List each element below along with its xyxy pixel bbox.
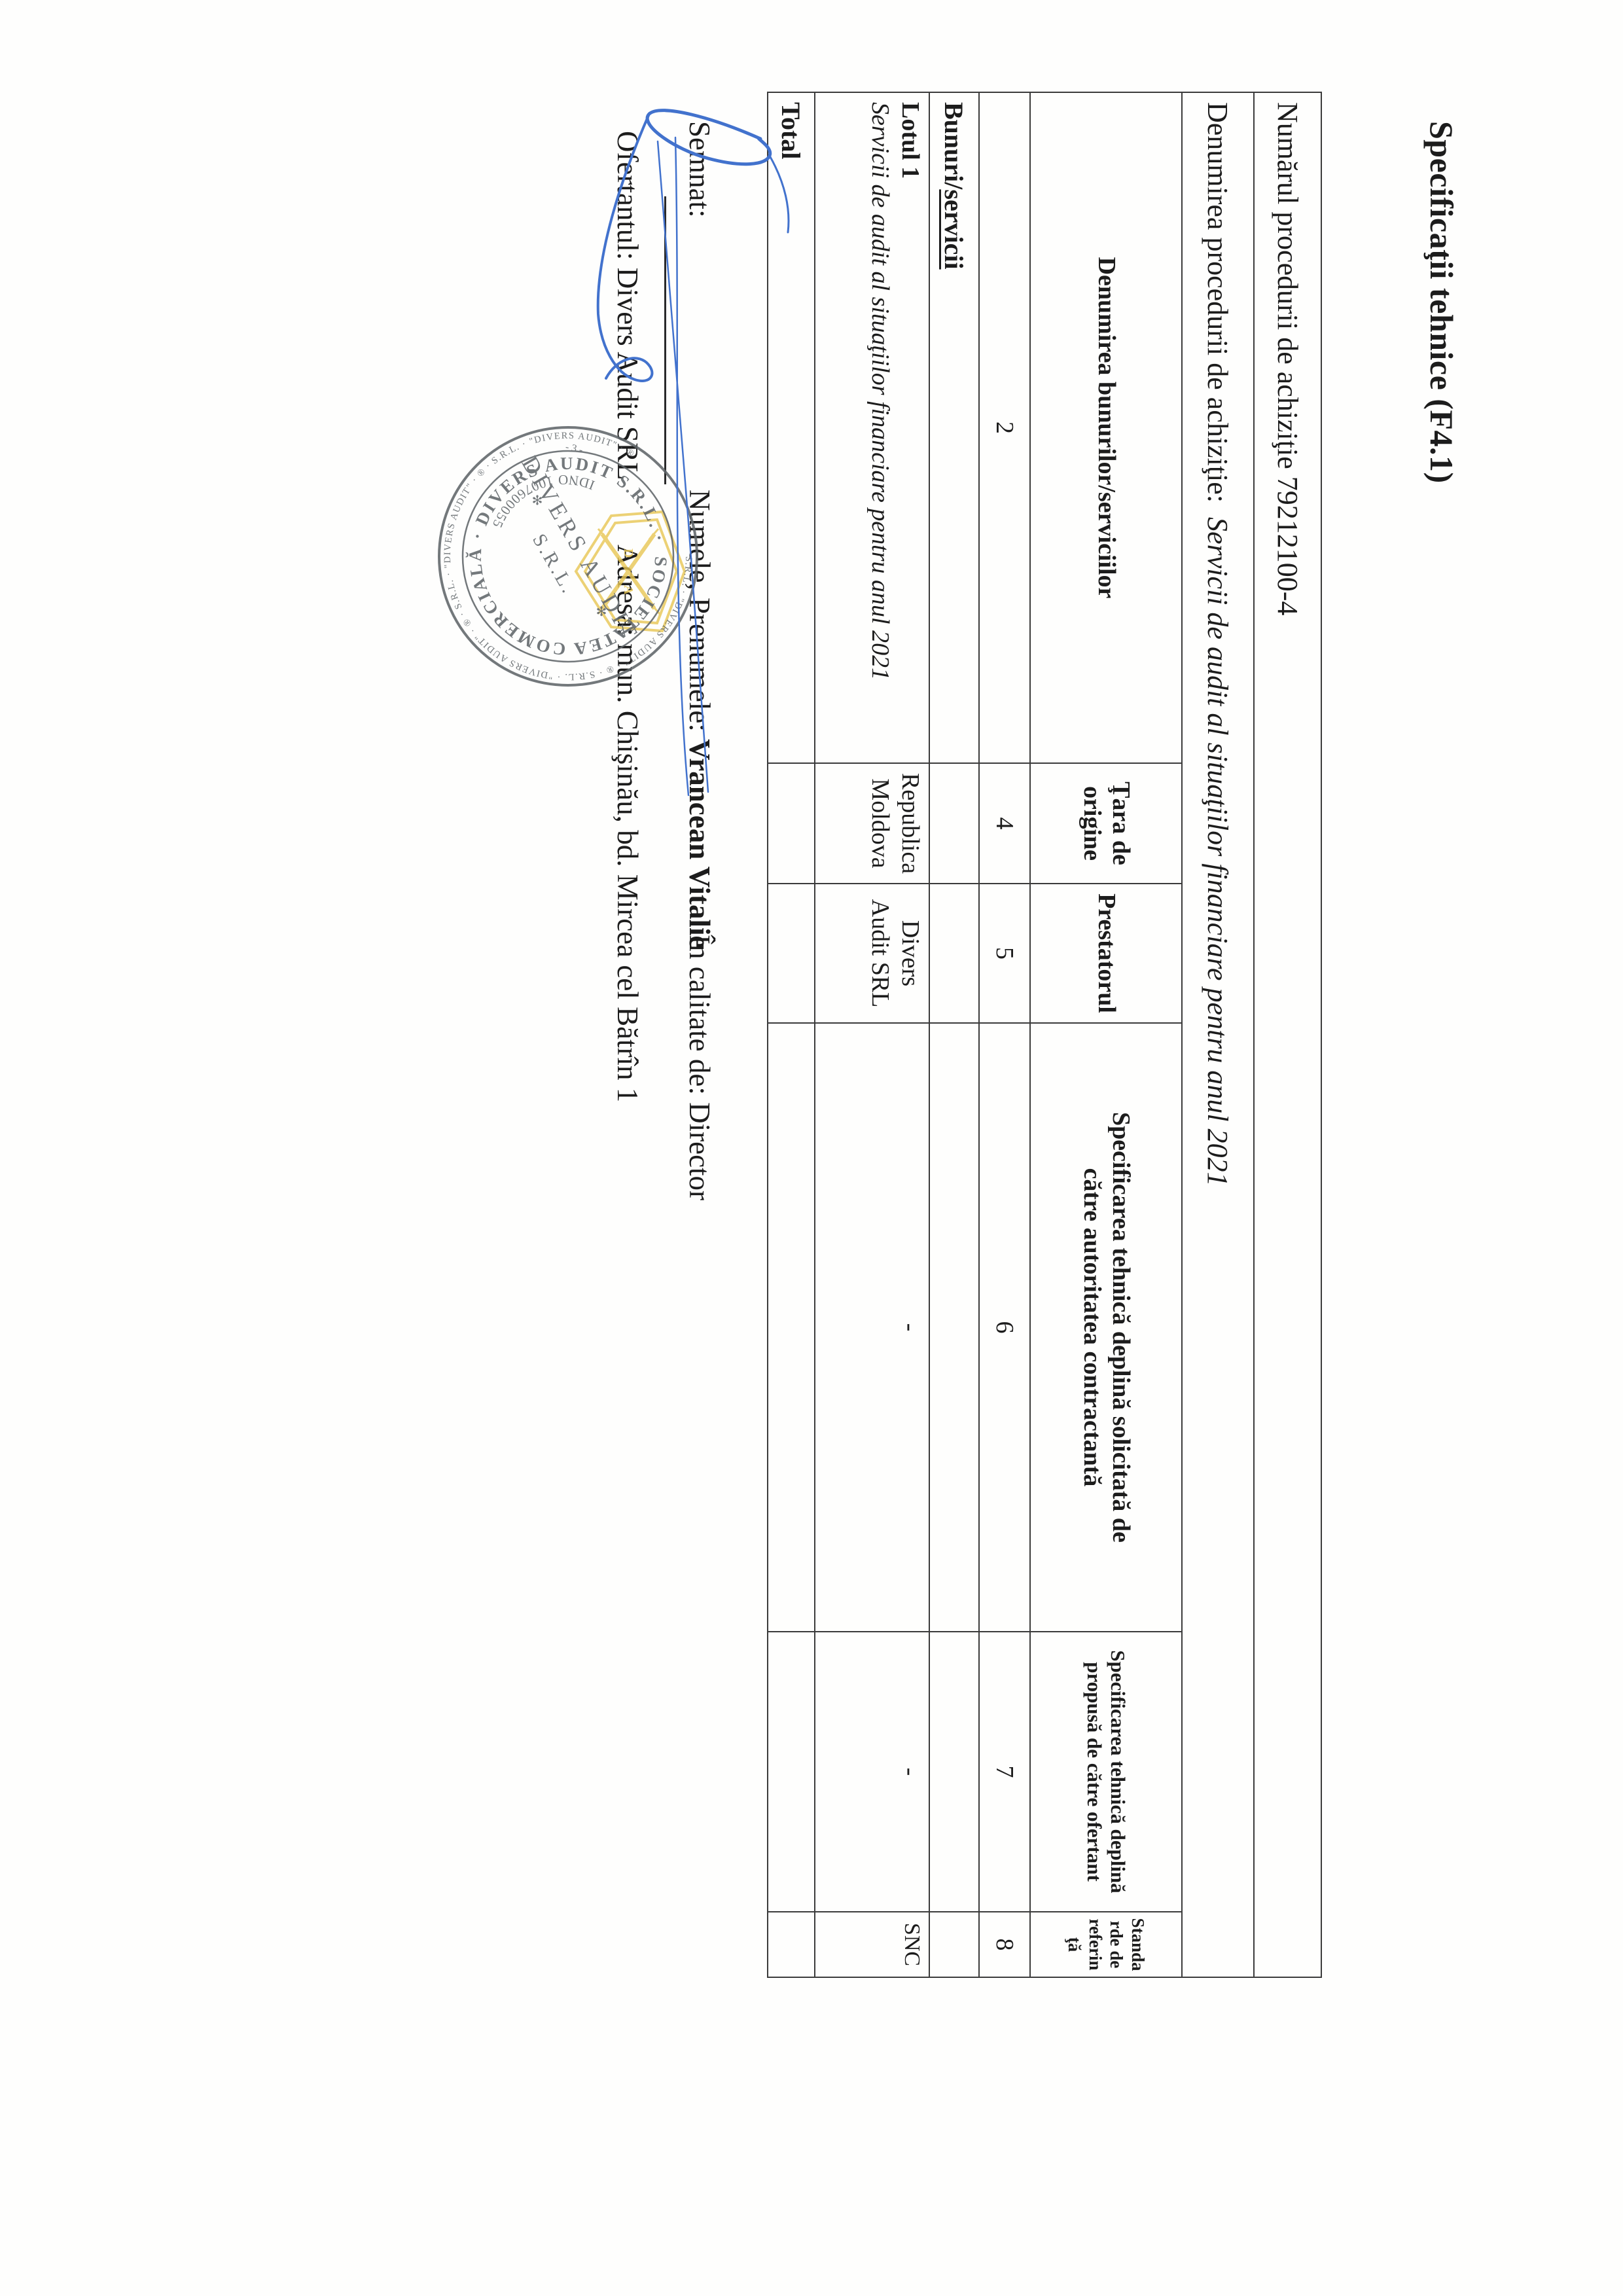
lot-standard-cell: SNC: [815, 1912, 929, 1977]
header-prestatorul: Prestatorul: [1030, 884, 1182, 1023]
procedure-name-cell: Denumirea procedurii de achiziţie: Servi…: [1182, 92, 1254, 1977]
table-row: Numărul procedurii de achiziţie 79212100…: [1254, 92, 1321, 1977]
procedure-name-label: Denumirea procedurii de achiziţie:: [1202, 102, 1234, 503]
table-header-row: Denumirea bunurilor/serviciilor Ţara de …: [1030, 92, 1182, 1977]
col-number: 7: [979, 1632, 1030, 1912]
header-spec-ofertant: Specificarea tehnică deplină propusă de …: [1030, 1632, 1182, 1912]
column-number-row: 2 4 5 6 7 8: [979, 92, 1030, 1977]
scan-edge-artifact: [772, 0, 1623, 7]
scanned-page: Specificaţii tehnice (F4.1) Numărul proc…: [0, 0, 1623, 2296]
section-row: Bunuri/servicii: [929, 92, 979, 1977]
col-number: 2: [979, 92, 1030, 763]
lot-provider-cell: Divers Audit SRL: [815, 884, 929, 1023]
header-spec-autoritate: Specificarea tehnică deplină solicitată …: [1030, 1023, 1182, 1632]
section-label-bunuri: Bunuri/: [940, 102, 969, 189]
col-number: 6: [979, 1023, 1030, 1632]
col-number: 8: [979, 1912, 1030, 1977]
calitate-line: În calitate de: Director: [683, 935, 717, 1200]
calitate-label: În calitate de:: [683, 935, 716, 1095]
spec-table: Numărul procedurii de achiziţie 79212100…: [767, 92, 1322, 1978]
lot-spec-offer-cell: -: [815, 1632, 929, 1912]
lot-spec-authority-cell: -: [815, 1023, 929, 1632]
header-tara: Ţara de origine: [1030, 763, 1182, 884]
signature-icon: [530, 98, 792, 884]
table-row: Denumirea procedurii de achiziţie: Servi…: [1182, 92, 1254, 1977]
calitate-value: Director: [683, 1102, 716, 1200]
signature: [530, 98, 792, 884]
header-standarde: Standarde de referinţă: [1030, 1912, 1182, 1977]
lot-name-cell: Lotul 1 Servicii de audit al situaţiilor…: [815, 92, 929, 763]
col-number: 5: [979, 884, 1030, 1023]
section-label-servicii: servicii: [940, 189, 969, 269]
col-number: 4: [979, 763, 1030, 884]
procedure-name-value: Servicii de audit al situaţiilor financi…: [1202, 510, 1234, 1187]
lot-description: Servicii de audit al situaţiilor financi…: [865, 102, 895, 753]
section-label-cell: Bunuri/servicii: [929, 92, 979, 763]
lot-country-cell: Republica Moldova: [815, 763, 929, 884]
page-title: Specificaţii tehnice (F4.1): [1423, 121, 1461, 484]
lot-row: Lotul 1 Servicii de audit al situaţiilor…: [815, 92, 929, 1977]
procedure-number-cell: Numărul procedurii de achiziţie 79212100…: [1254, 92, 1321, 1977]
header-denumirea: Denumirea bunurilor/serviciilor: [1030, 92, 1182, 763]
lot-name: Lotul 1: [895, 102, 925, 753]
